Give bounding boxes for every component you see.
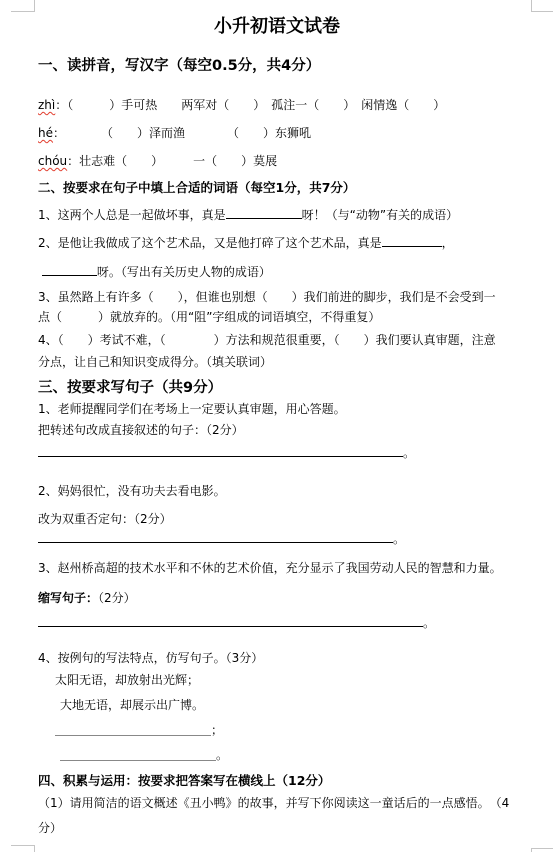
exam-paper-page: 小升初语文试卷 一、读拼音，写汉字（每空0.5分，共4分）zhì：（ ）手可热 … xyxy=(0,0,553,852)
question-2-3-cont: 点（ ）就放弃的。（用“阻”字组成的词语填空，不得重复） xyxy=(38,307,516,327)
question-3-1-answer-line: 。 xyxy=(38,443,516,463)
text-run: 2、妈妈很忙，没有功夫去看电影。 xyxy=(38,484,226,498)
text-run: 分） xyxy=(38,821,62,835)
text-run: 4、（ ）考试不难，（ ）方法和规范很重要，（ ）我们要认真审题，注意 xyxy=(38,333,496,347)
text-run: 1、老师提醒同学们在考场上一定要认真审题，用心答题。 xyxy=(38,402,346,416)
text-run: 四、积累与运用：按要求把答案写在横线上（12分） xyxy=(38,773,330,788)
document-body: 一、读拼音，写汉字（每空0.5分，共4分）zhì：（ ）手可热 两军对（ ） 孤… xyxy=(38,56,516,838)
answer-blank xyxy=(38,443,403,457)
page-title: 小升初语文试卷 xyxy=(38,14,516,39)
pinyin-text: hé xyxy=(38,126,53,140)
document-content: 小升初语文试卷 一、读拼音，写汉字（每空0.5分，共4分）zhì：（ ）手可热 … xyxy=(38,0,516,838)
answer-blank xyxy=(42,262,97,276)
question-3-4: 4、按例句的写法特点，仿写句子。（3分） xyxy=(38,648,516,668)
text-run: 。 xyxy=(423,616,435,630)
answer-blank xyxy=(38,529,393,543)
text-run: 2、是他让我做成了这个艺术品，又是他打碎了这个艺术品，真是 xyxy=(38,236,382,250)
question-2-1: 1、这两个人总是一起做坏事，真是呀！（与“动物”有关的成语） xyxy=(38,205,516,225)
pinyin-text: chóu xyxy=(38,154,67,168)
question-3-3-answer-line: 。 xyxy=(38,613,516,633)
text-run: ＿＿＿＿＿＿＿＿＿＿＿＿＿。 xyxy=(60,748,228,762)
text-run: 。 xyxy=(393,532,405,546)
section-1-heading: 一、读拼音，写汉字（每空0.5分，共4分） xyxy=(38,56,516,77)
question-3-2-instruction: 改为双重否定句：（2分） xyxy=(38,509,516,529)
text-run: 3、虽然路上有许多（ ），但谁也别想（ ）我们前进的脚步，我们是不会受到一 xyxy=(38,290,496,304)
question-3-2-answer-line: 。 xyxy=(38,529,516,549)
question-3-4-blank-2: ＿＿＿＿＿＿＿＿＿＿＿＿＿。 xyxy=(38,745,516,765)
question-3-1: 1、老师提醒同学们在考场上一定要认真审题，用心答题。 xyxy=(38,399,516,419)
question-3-4-example-2: 大地无语，却展示出广博。 xyxy=(38,695,516,715)
text-run: （1）请用简洁的语文概述《丑小鸭》的故事，并写下你阅读这一童话后的一点感悟。 （… xyxy=(38,796,509,810)
text-run: 大地无语，却展示出广博。 xyxy=(60,698,204,712)
answer-blank xyxy=(226,205,302,219)
text-run: 。 xyxy=(403,446,415,460)
question-2-2: 2、是他让我做成了这个艺术品，又是他打碎了这个艺术品，真是， xyxy=(38,233,516,253)
text-run: ：（ ）手可热 两军对（ ） 孤注一（ ） 闲情逸（ ） xyxy=(55,98,445,112)
text-run: ， xyxy=(442,236,454,250)
text-run: ：壮志难（ ） 一（ ）莫展 xyxy=(67,154,277,168)
page-margin-mark-top-right xyxy=(531,0,553,12)
pinyin-item-chou: chóu：壮志难（ ） 一（ ）莫展 xyxy=(38,151,516,171)
question-2-3: 3、虽然路上有许多（ ），但谁也别想（ ）我们前进的脚步，我们是不会受到一 xyxy=(38,287,516,307)
question-2-4-cont: 分点，让自己和知识变成得分。（填关联词） xyxy=(38,352,516,372)
text-run: 1、这两个人总是一起做坏事，真是 xyxy=(38,208,226,222)
text-run: 缩写句子： xyxy=(38,591,98,605)
question-2-2-cont: 呀。（写出有关历史人物的成语） xyxy=(38,262,516,282)
page-margin-mark-bottom-right xyxy=(531,848,553,852)
text-run: （2分） xyxy=(98,591,136,605)
pinyin-item-he: hé： （ ）泽而渔 （ ）东狮吼 xyxy=(38,123,516,143)
text-run: 分点，让自己和知识变成得分。（填关联词） xyxy=(38,355,272,369)
answer-blank xyxy=(382,233,442,247)
pinyin-text: zhì xyxy=(38,98,55,112)
section-4-heading: 四、积累与运用：按要求把答案写在横线上（12分） xyxy=(38,770,516,791)
text-run: 点（ ）就放弃的。（用“阻”字组成的词语填空，不得重复） xyxy=(38,310,380,324)
question-2-4: 4、（ ）考试不难，（ ）方法和规范很重要，（ ）我们要认真审题，注意 xyxy=(38,330,516,350)
pinyin-item-zhi: zhì：（ ）手可热 两军对（ ） 孤注一（ ） 闲情逸（ ） xyxy=(38,95,516,115)
text-run: 一、读拼音，写汉字（每空0.5分，共4分） xyxy=(38,58,320,74)
text-run: 呀！（与“动物”有关的成语） xyxy=(302,208,458,222)
section-2-heading: 二、按要求在句子中填上合适的词语（每空1分，共7分） xyxy=(38,177,516,198)
page-margin-mark-top-left xyxy=(11,0,35,12)
question-3-3-instruction: 缩写句子：（2分） xyxy=(38,588,516,608)
text-run: 呀。（写出有关历史人物的成语） xyxy=(97,265,271,279)
text-run: ＿＿＿＿＿＿＿＿＿＿＿＿＿； xyxy=(55,723,223,737)
text-run: 3、赵州桥高超的技术水平和不休的艺术价值，充分显示了我国劳动人民的智慧和力量。 xyxy=(38,561,502,575)
question-3-4-blank-1: ＿＿＿＿＿＿＿＿＿＿＿＿＿； xyxy=(38,720,516,740)
text-run: 4、按例句的写法特点，仿写句子。（3分） xyxy=(38,651,263,665)
question-4-1-cont: 分） xyxy=(38,818,516,838)
text-run: 三、按要求写句子（共9分） xyxy=(38,380,222,396)
text-run: 把转述句改成直接叙述的句子：（2分） xyxy=(38,423,244,437)
page-margin-mark-bottom-left xyxy=(11,845,35,852)
answer-blank xyxy=(38,613,423,627)
question-3-2: 2、妈妈很忙，没有功夫去看电影。 xyxy=(38,481,516,501)
question-4-1: （1）请用简洁的语文概述《丑小鸭》的故事，并写下你阅读这一童话后的一点感悟。 （… xyxy=(38,793,516,813)
question-3-3: 3、赵州桥高超的技术水平和不休的艺术价值，充分显示了我国劳动人民的智慧和力量。 xyxy=(38,558,516,578)
question-3-4-example-1: 太阳无语，却放射出光辉； xyxy=(38,670,516,690)
text-run: 太阳无语，却放射出光辉； xyxy=(55,673,199,687)
question-3-1-instruction: 把转述句改成直接叙述的句子：（2分） xyxy=(38,420,516,440)
section-3-heading: 三、按要求写句子（共9分） xyxy=(38,378,516,399)
text-run: ： （ ）泽而渔 （ ）东狮吼 xyxy=(53,126,311,140)
text-run: 改为双重否定句：（2分） xyxy=(38,512,172,526)
text-run: 二、按要求在句子中填上合适的词语（每空1分，共7分） xyxy=(38,180,355,195)
